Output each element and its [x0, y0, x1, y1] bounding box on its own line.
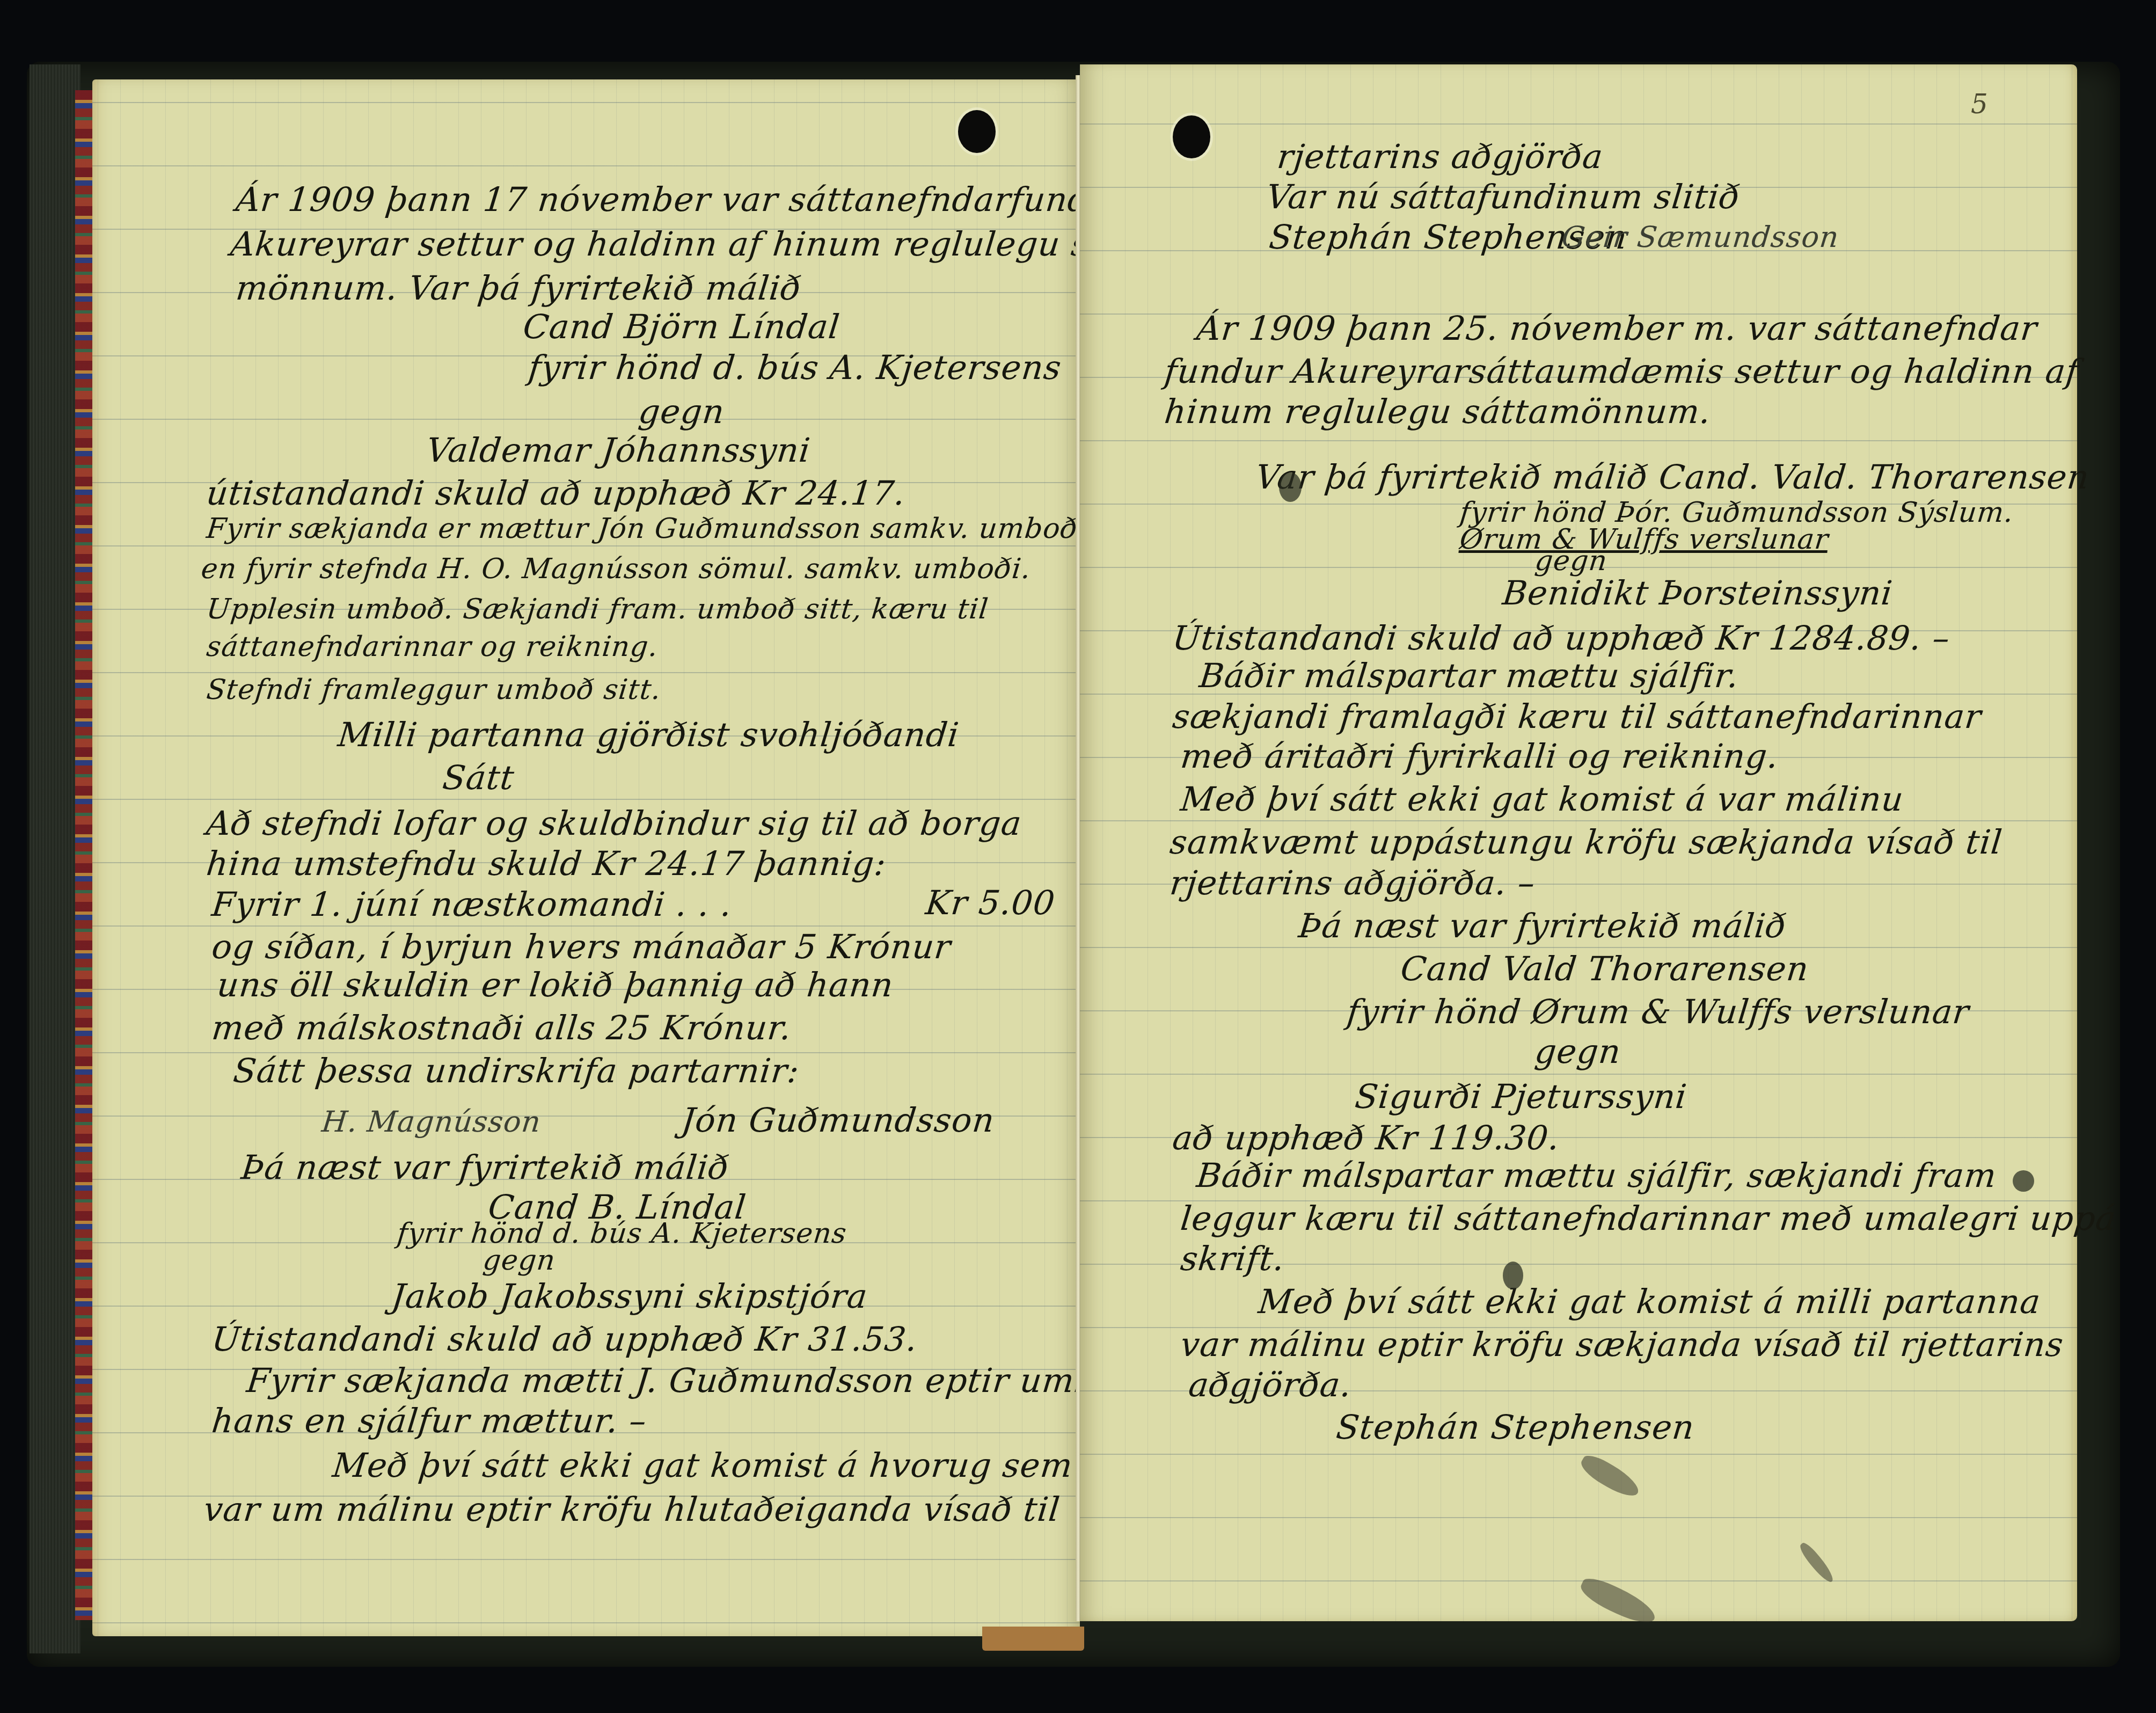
left-line-18-amount: Kr 5.00 [924, 883, 1057, 922]
left-line-2: Akureyrar settur og haldinn af hinum reg… [229, 224, 1159, 264]
left-line-10: en fyrir stefnda H. O. Magnússon sömul. … [200, 553, 1033, 585]
right-line-10: Ørum & Wulffs verslunar [1458, 523, 1830, 556]
left-line-8: útistandandi skuld að upphæð Kr 24.17. [204, 473, 908, 513]
left-line-22: Sátt þessa undirskrifa partarnir: [231, 1051, 801, 1090]
right-line-14: Báðir málspartar mættu sjálfir. [1197, 656, 1741, 695]
torn-page-tab [982, 1627, 1084, 1651]
left-line-21: með málskostnaði alls 25 Krónur. [210, 1008, 793, 1047]
right-line-29: Með því sátt ekki gat komist á milli par… [1256, 1282, 2043, 1321]
left-line-17: hina umstefndu skuld Kr 24.17 þannig: [204, 844, 888, 883]
punch-hole-right [1173, 115, 1210, 158]
right-line-15: sækjandi framlagði kæru til sáttanefndar… [1171, 697, 1983, 736]
right-line-13: Útistandandi skuld að upphæð Kr 1284.89.… [1171, 618, 1952, 658]
left-line-14: Milli partanna gjörðist svohljóðandi [336, 715, 961, 754]
right-line-7: hinum reglulegu sáttamönnum. [1163, 392, 1713, 431]
left-line-33: Með því sátt ekki gat komist á hvorug se… [331, 1446, 1186, 1485]
left-line-7-defendant: Valdemar Jóhannssyni [425, 431, 812, 470]
right-line-27: leggur kæru til sáttanefndarinnar með um… [1179, 1199, 2118, 1238]
left-line-13: Stefndi framleggur umboð sitt. [205, 674, 663, 706]
signature-magnusson: H. Magnússon [320, 1105, 543, 1139]
left-line-11: Upplesin umboð. Sækjandi fram. umboð sit… [205, 593, 990, 625]
right-line-6: fundur Akureyrarsáttaumdæmis settur og h… [1163, 352, 2081, 391]
left-line-32: hans en sjálfur mættur. – [210, 1401, 648, 1440]
ink-blot [1503, 1262, 1523, 1289]
signature-stephensen-2: Stephán Stephensen [1334, 1408, 1697, 1447]
right-line-11-gegn: gegn [1533, 545, 1609, 577]
right-line-26: Báðir málspartar mættu sjálfir, sækjandi… [1195, 1156, 1998, 1195]
right-line-23-gegn: gegn [1533, 1032, 1623, 1071]
punch-hole-left [958, 110, 996, 153]
left-line-15-satt: Sátt [441, 758, 516, 797]
right-line-21-plaintiff: Cand Vald Thorarensen [1399, 949, 1811, 988]
ink-blot [2013, 1170, 2034, 1192]
right-line-12-defendant: Benidikt Þorsteinssyni [1501, 573, 1895, 613]
right-line-18: samkvæmt uppástungu kröfu sækjanda vísað… [1168, 822, 2004, 862]
right-line-20: Þá næst var fyrirtekið málið [1297, 906, 1788, 945]
ink-blot [1279, 472, 1302, 502]
page-number: 5 [1971, 89, 1988, 120]
left-line-27: fyrir hönd d. bús A. Kjetersens [396, 1218, 849, 1250]
left-line-16: Að stefndi lofar og skuldbindur sig til … [204, 804, 1024, 843]
right-line-2: Var nú sáttafundinum slitið [1265, 177, 1742, 216]
right-line-16: með áritaðri fyrirkalli og reikning. [1179, 737, 1780, 776]
right-line-5: Ár 1909 þann 25. nóvember m. var sáttane… [1195, 309, 2039, 348]
left-line-25: Þá næst var fyrirtekið málið [239, 1148, 731, 1187]
right-line-17: Með því sátt ekki gat komist á var málin… [1179, 779, 1905, 819]
book-spine-cloth [30, 64, 81, 1653]
left-line-18: Fyrir 1. júní næstkomandi . . . [210, 885, 734, 924]
left-line-5: fyrir hönd d. bús A. Kjetersens [527, 348, 1063, 387]
right-line-22: fyrir hönd Ørum & Wulffs verslunar [1345, 992, 1971, 1031]
left-line-28-gegn: gegn [481, 1244, 557, 1277]
right-line-8: Var þá fyrirtekið málið Cand. Vald. Thor… [1254, 457, 2091, 497]
left-line-29-defendant: Jakob Jakobssyni skipstjóra [390, 1277, 869, 1316]
marbled-page-edge [75, 90, 92, 1620]
left-line-1: Ár 1909 þann 17 nóvember var sáttanefnda… [234, 180, 1130, 219]
right-line-25: að upphæð Kr 119.30. [1171, 1118, 1562, 1157]
left-line-12: sáttanefndarinnar og reikning. [205, 631, 660, 663]
left-line-19: og síðan, í byrjun hvers mánaðar 5 Krónu… [210, 927, 953, 966]
left-line-34: var um málinu eptir kröfu hlutaðeiganda … [202, 1490, 1062, 1529]
right-line-19: rjettarins aðgjörða. – [1168, 863, 1537, 902]
signature-saemundsson: Geir Sæmundsson [1560, 220, 1841, 254]
right-line-24-defendant: Sigurði Pjeturssyni [1353, 1077, 1689, 1116]
left-line-3: mönnum. Var þá fyrirtekið málið [234, 268, 803, 308]
right-line-28: skrift. [1179, 1239, 1287, 1278]
left-line-4-plaintiff: Cand Björn Líndal [521, 307, 842, 346]
right-line-30: var málinu eptir kröfu sækjanda vísað ti… [1179, 1325, 2065, 1364]
left-line-30: Útistandandi skuld að upphæð Kr 31.53. [210, 1320, 919, 1359]
right-line-1: rjettarins aðgjörða [1275, 137, 1605, 176]
left-line-20: uns öll skuldin er lokið þannig að hann [215, 965, 895, 1004]
right-line-31: aðgjörða. [1187, 1365, 1354, 1404]
left-line-31: Fyrir sækjanda mætti J. Guðmundsson epti… [245, 1361, 1151, 1400]
left-line-6-gegn: gegn [637, 392, 727, 431]
left-line-9: Fyrir sækjanda er mættur Jón Guðmundsson… [205, 513, 1089, 545]
signature-gudmundsson: Jón Guðmundsson [679, 1100, 997, 1140]
